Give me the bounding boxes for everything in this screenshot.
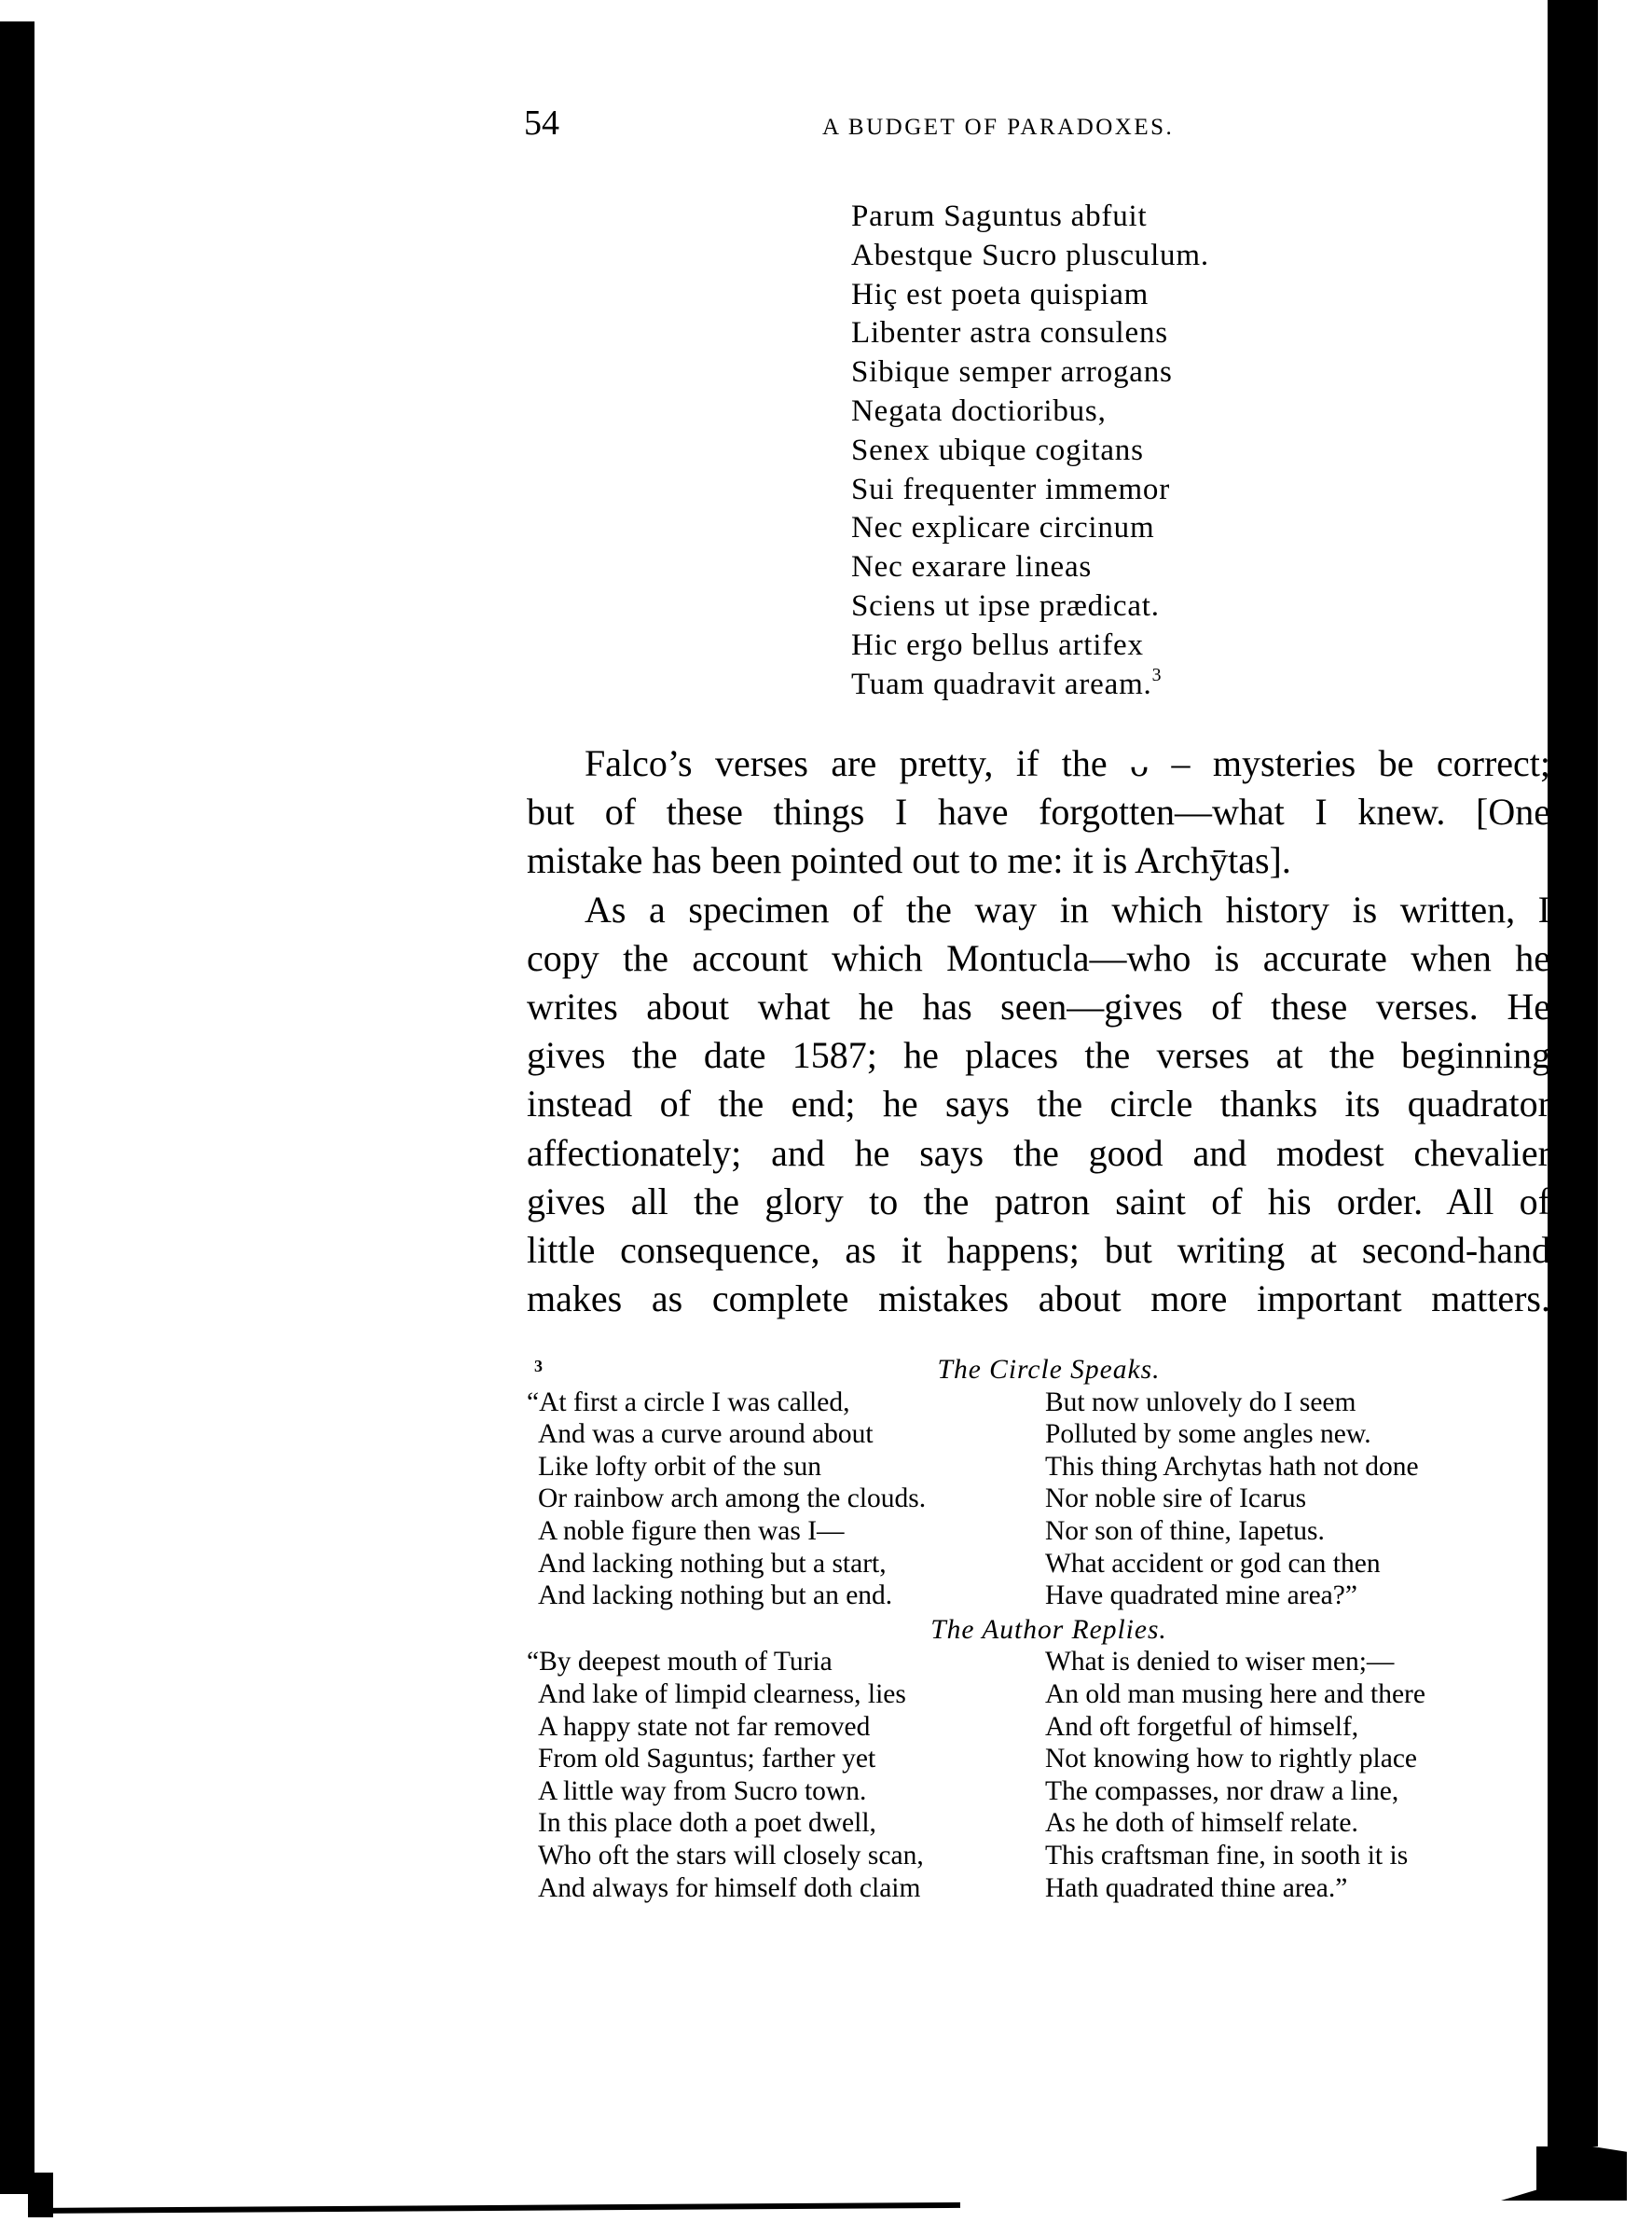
text-line: Falco’s verses are pretty, if the ᴗ – my… — [527, 739, 1550, 788]
text-line: mistake has been pointed out to me: it i… — [469, 836, 1550, 885]
verse-line: Sibique semper arrogans — [851, 353, 1209, 393]
poem-line: Hath quadrated thine area.” — [1045, 1872, 1425, 1905]
scan-edge-right-foot-taper — [1501, 2187, 1548, 2201]
text-line: copy the account which Montucla—who is a… — [469, 934, 1550, 983]
footnote-marker: 3 — [534, 1350, 543, 1383]
text-line: but of these things I have forgotten—wha… — [469, 788, 1550, 836]
poem-line: And was a curve around about — [527, 1418, 1045, 1451]
text-line: makes as complete mistakes about more im… — [469, 1275, 1550, 1323]
poem-line: A noble figure then was I— — [527, 1515, 1045, 1548]
poem-line: In this place doth a poet dwell, — [527, 1807, 1045, 1840]
poem-line: What accident or god can then — [1045, 1548, 1419, 1580]
text-line: writes about what he has seen—gives of t… — [469, 983, 1550, 1031]
verse-line: Hiç est poeta quispiam — [851, 276, 1209, 315]
poem-columns-circle-speaks: “At first a circle I was called, And was… — [527, 1387, 1552, 1612]
page-number: 54 — [524, 104, 559, 142]
poem-line: Nor son of thine, Iapetus. — [1045, 1515, 1419, 1548]
verse-line: Parum Saguntus abfuit — [851, 198, 1209, 237]
poem-line: Like lofty orbit of the sun — [527, 1451, 1045, 1484]
poem-line: But now unlovely do I seem — [1045, 1387, 1419, 1419]
poem-line: Polluted by some angles new. — [1045, 1418, 1419, 1451]
paragraph-2: As a specimen of the way in which histor… — [527, 886, 1550, 1324]
text-line: affectionately; and he says the good and… — [469, 1129, 1550, 1178]
verse-line: Sui frequenter immemor — [851, 471, 1209, 510]
latin-verse: Parum Saguntus abfuit Abestque Sucro plu… — [851, 198, 1209, 704]
poem-line: And always for himself doth claim — [527, 1872, 1045, 1905]
verse-line: Nec explicare circinum — [851, 509, 1209, 548]
verse-line: Hic ergo bellus artifex — [851, 627, 1209, 666]
text-line: instead of the end; he says the circle t… — [469, 1080, 1550, 1128]
poem-line: This craftsman fine, in sooth it is — [1045, 1840, 1425, 1872]
text-line: As a specimen of the way in which histor… — [527, 886, 1550, 934]
verse-line: Sciens ut ipse prædicat. — [851, 587, 1209, 627]
poem-line: From old Saguntus; farther yet — [527, 1743, 1045, 1775]
poem-line: What is denied to wiser men;— — [1045, 1646, 1425, 1678]
scan-edge-bottom — [28, 2202, 960, 2214]
poem-line: Or rainbow arch among the clouds. — [527, 1483, 1045, 1515]
poem-line: And lake of limpid clearness, lies — [527, 1678, 1045, 1711]
poem-title-circle-speaks: The Circle Speaks. — [527, 1354, 1552, 1387]
verse-line: Senex ubique cogitans — [851, 432, 1209, 471]
verse-line: Abestque Sucro plusculum. — [851, 237, 1209, 276]
poem-line: Not knowing how to rightly place — [1045, 1743, 1425, 1775]
text-line: gives the date 1587; he places the verse… — [469, 1031, 1550, 1080]
verse-line: Libenter astra consulens — [851, 314, 1209, 353]
scan-edge-right-foot — [1536, 2146, 1627, 2201]
poem-line: The compasses, nor draw a line, — [1045, 1775, 1425, 1808]
poem-line: “At first a circle I was called, — [527, 1387, 1045, 1419]
poem-line: Who oft the stars will closely scan, — [527, 1840, 1045, 1872]
poem-line: This thing Archytas hath not done — [1045, 1451, 1419, 1484]
poem-line: Have quadrated mine area?” — [1045, 1580, 1419, 1612]
poem-column-left: “At first a circle I was called, And was… — [527, 1387, 1045, 1612]
text-line: little consequence, as it happens; but w… — [469, 1226, 1550, 1275]
poem-column-right: What is denied to wiser men;— An old man… — [1045, 1646, 1425, 1904]
footnote: 3 The Circle Speaks. “At first a circle … — [527, 1354, 1552, 1904]
verse-line: Nec exarare lineas — [851, 548, 1209, 587]
body-text: Falco’s verses are pretty, if the ᴗ – my… — [527, 739, 1550, 1323]
scan-edge-left — [0, 21, 34, 2194]
poem-title-author-replies: The Author Replies. — [527, 1614, 1552, 1647]
poem-line: A happy state not far removed — [527, 1711, 1045, 1744]
poem-column-left: “By deepest mouth of Turia And lake of l… — [527, 1646, 1045, 1904]
poem-column-right: But now unlovely do I seem Polluted by s… — [1045, 1387, 1419, 1612]
text-line: gives all the glory to the patron saint … — [469, 1178, 1550, 1226]
verse-line-last: Tuam quadravit aream.3 — [851, 666, 1209, 705]
poem-line: And lacking nothing but a start, — [527, 1548, 1045, 1580]
footnote-reference: 3 — [1152, 665, 1163, 685]
running-head: 54 A BUDGET OF PARADOXES. — [524, 104, 1549, 142]
poem-columns-author-replies: “By deepest mouth of Turia And lake of l… — [527, 1646, 1552, 1904]
poem-line: “By deepest mouth of Turia — [527, 1646, 1045, 1678]
verse-line-text: Tuam quadravit aream. — [851, 668, 1152, 701]
poem-line: A little way from Sucro town. — [527, 1775, 1045, 1808]
running-title: A BUDGET OF PARADOXES. — [822, 114, 1174, 142]
poem-line: And oft forgetful of himself, — [1045, 1711, 1425, 1744]
poem-line: As he doth of himself relate. — [1045, 1807, 1425, 1840]
verse-line: Negata doctioribus, — [851, 393, 1209, 432]
poem-line: And lacking nothing but an end. — [527, 1580, 1045, 1612]
paragraph-1: Falco’s verses are pretty, if the ᴗ – my… — [527, 739, 1550, 886]
poem-line: An old man musing here and there — [1045, 1678, 1425, 1711]
scan-edge-right — [1548, 0, 1598, 2146]
poem-line: Nor noble sire of Icarus — [1045, 1483, 1419, 1515]
